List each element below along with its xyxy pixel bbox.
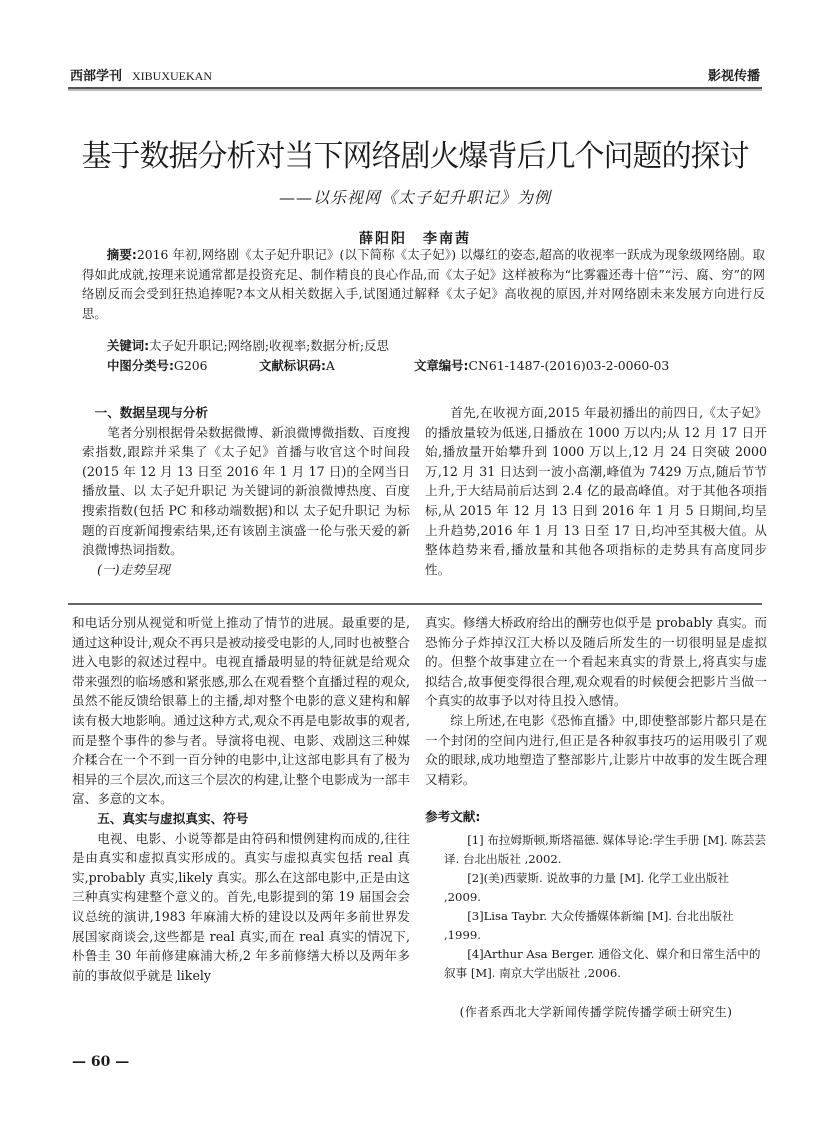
abstract-text: 2016 年初,网络剧《太子妃升职记》(以下简称《太子妃》) 以爆红的姿态,超高…: [82, 247, 765, 321]
section-divider: [68, 603, 762, 605]
keywords-text: 太子妃升职记;网络剧;收视率;数据分析;反思: [149, 338, 389, 353]
abstract: 摘要:2016 年初,网络剧《太子妃升职记》(以下简称《太子妃》) 以爆红的姿态…: [82, 245, 765, 323]
paragraph: 真实。修缮大桥政府给出的酬劳也似乎是 probably 真实。而恐怖分子炸掉汉江…: [425, 613, 767, 711]
references-title: 参考文献:: [425, 807, 767, 827]
article-subtitle: ——以乐视网《太子妃升职记》为例: [60, 185, 770, 208]
paragraph: 和电话分别从视觉和听觉上推动了情节的进展。最重要的是,通过这种设计,观众不再只是…: [72, 613, 410, 809]
document-code-value: A: [326, 358, 335, 373]
upper-right-column: 首先,在收视方面,2015 年最初播出的前四日,《太子妃》的播放量较为低迷,日播…: [425, 403, 767, 579]
clc-number: 中图分类号:G206: [107, 356, 259, 374]
paragraph: 首先,在收视方面,2015 年最初播出的前四日,《太子妃》的播放量较为低迷,日播…: [425, 403, 767, 579]
paragraph: 电视、电影、小说等都是由符码和惯例建构而成的,往往是由真实和虚拟真实形成的。真实…: [72, 829, 410, 986]
reference-item: [4]Arthur Asa Berger. 通俗文化、媒介和日常生活中的叙事 […: [425, 945, 767, 983]
clc-label: 中图分类号:: [107, 358, 174, 373]
journal-name-en: XIBUXUEKAN: [132, 69, 212, 83]
article-number-label: 文章编号:: [414, 358, 469, 373]
lower-left-column: 和电话分别从视觉和听觉上推动了情节的进展。最重要的是,通过这种设计,观众不再只是…: [72, 613, 410, 985]
keywords: 关键词:太子妃升职记;网络剧;收视率;数据分析;反思: [107, 336, 389, 354]
clc-value: G206: [174, 358, 208, 373]
keywords-label: 关键词:: [107, 338, 149, 353]
upper-left-column: 一、数据呈现与分析 笔者分别根据骨朵数据微博、新浪微博微指数、百度搜索指数,跟踪…: [82, 403, 410, 579]
author-note: (作者系西北大学新闻传播学院传播学硕士研究生): [425, 1003, 767, 1023]
document-code-label: 文献标识码:: [259, 358, 326, 373]
lower-right-column: 真实。修缮大桥政府给出的酬劳也似乎是 probably 真实。而恐怖分子炸掉汉江…: [425, 613, 767, 1023]
article-title: 基于数据分析对当下网络剧火爆背后几个问题的探讨: [60, 131, 770, 175]
section-name: 影视传播: [708, 65, 760, 84]
section-heading-1: 一、数据呈现与分析: [82, 403, 410, 423]
article-number-value: CN61-1487-(2016)03-2-0060-03: [469, 358, 670, 373]
page-number: — 60 —: [72, 1054, 129, 1070]
paragraph: 综上所述,在电影《恐怖直播》中,即使整部影片都只是在一个封闭的空间内进行,但正是…: [425, 711, 767, 789]
journal-name-cn: 西部学刊: [70, 69, 122, 84]
section-heading-5: 五、真实与虚拟真实、符号: [72, 809, 410, 829]
subsection-heading: (一)走势呈现: [82, 560, 410, 580]
paragraph: 笔者分别根据骨朵数据微博、新浪微博微指数、百度搜索指数,跟踪并采集了《太子妃》首…: [82, 423, 410, 560]
classification-row: 中图分类号:G206文献标识码:A文章编号:CN61-1487-(2016)03…: [107, 356, 767, 374]
abstract-label: 摘要:: [107, 247, 137, 262]
running-header: 西部学刊XIBUXUEKAN 影视传播: [68, 63, 762, 89]
reference-item: [1] 布拉姆斯顿,斯塔福德. 媒体导论:学生手册 [M]. 陈芸芸译. 台北出…: [425, 831, 767, 869]
journal-name: 西部学刊XIBUXUEKAN: [70, 65, 212, 84]
reference-item: [3]Lisa Taybr. 大众传播媒体新编 [M]. 台北出版社 ,1999…: [425, 907, 767, 945]
reference-item: [2](美)西蒙斯. 说故事的力量 [M]. 化学工业出版社 ,2009.: [425, 869, 767, 907]
article-number: 文章编号:CN61-1487-(2016)03-2-0060-03: [414, 356, 669, 374]
document-code: 文献标识码:A: [259, 356, 414, 374]
